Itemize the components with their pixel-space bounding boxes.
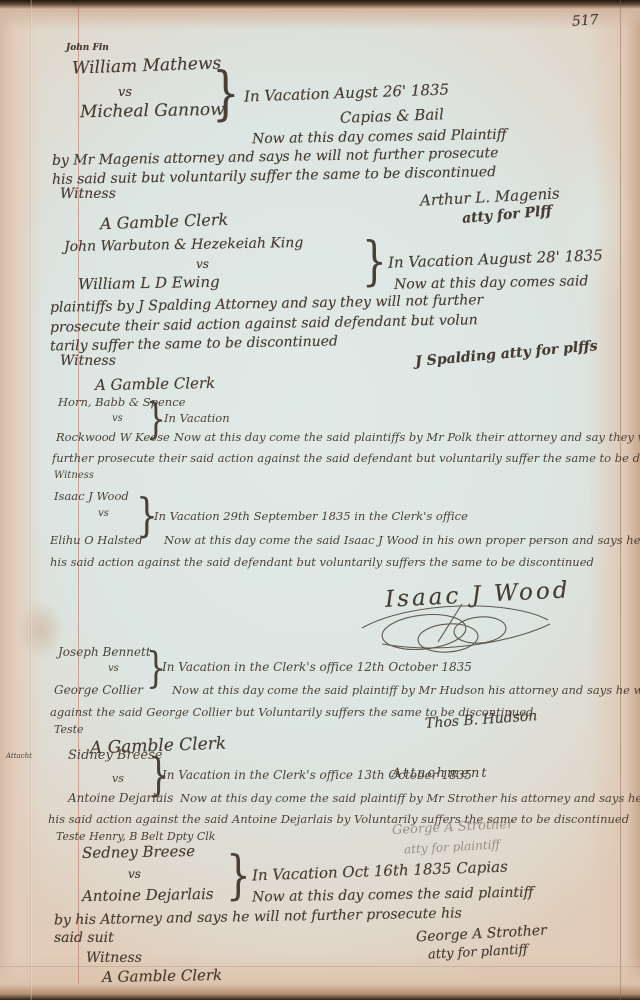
entry2-body-line1: Now at this day comes said (394, 274, 589, 292)
entry3-versus: vs (112, 414, 123, 425)
entry3-witness: Witness (54, 471, 94, 482)
entry7-defendant: Antoine Dejarlais (82, 887, 214, 905)
entry1-defendant: Micheal Gannow (80, 102, 225, 122)
entry1-caption-brace: } (212, 64, 240, 122)
entry4-body-line1: Now at this day come the said Isaac J Wo… (164, 534, 640, 546)
entry6-body-line2: his said action against the said Antoine… (48, 813, 629, 825)
entry1-writ: Capias & Bail (340, 107, 444, 126)
entry3-date-line: In Vacation (164, 412, 230, 424)
right-page-edge (620, 0, 621, 1000)
entry3-defendant: Rockwood W Keese (56, 431, 170, 443)
entry7-clerk-signature: A Gamble Clerk (102, 968, 222, 986)
entry3-body-line1: Now at this day come the said plaintiffs… (174, 431, 640, 443)
bottom-crease (0, 966, 640, 967)
entry2-caption-brace: } (362, 236, 387, 288)
entry4-versus: vs (98, 509, 109, 520)
entry1-versus: vs (118, 86, 132, 100)
entry4-plaintiff: Isaac J Wood (54, 490, 129, 502)
entry5-date-line: In Vacation in the Clerk's office 12th O… (162, 661, 472, 674)
entry2-versus: vs (196, 258, 209, 271)
entry3-plaintiff: Horn, Babb & Spence (58, 396, 185, 408)
entry3-body-line2: further prosecute their said action agai… (52, 452, 640, 464)
entry5-defendant: George Collier (54, 684, 143, 697)
entry2-witness: Witness (60, 354, 116, 369)
scanned-court-record-page: { "page": { "number": "517", "top_margin… (0, 0, 640, 1000)
entry7-caption-brace: } (226, 850, 251, 902)
entry1-witness: Witness (60, 187, 116, 202)
entry5-versus: vs (108, 664, 119, 675)
left-fold-crease (30, 0, 32, 1000)
entry7-versus: vs (128, 868, 141, 881)
entry5-teste: Teste (54, 724, 84, 736)
entry7-body-line3: said suit (54, 931, 114, 946)
entry6-versus: vs (112, 773, 124, 785)
entry6-defendant: Antoine Dejarlais (68, 792, 173, 805)
entry4-date-line: In Vacation 29th September 1835 in the C… (154, 510, 468, 522)
entry2-clerk-signature: A Gamble Clerk (95, 376, 215, 394)
entry5-body-line1: Now at this day come the said plaintiff … (172, 684, 640, 696)
entry7-plaintiff: Sedney Breese (82, 844, 195, 862)
entry6-teste: Teste Henry, B Belt Dpty Clk (56, 831, 215, 843)
attachment-margin-note: Attacht (6, 753, 32, 760)
entry4-body-line2: his said action against the said defenda… (50, 556, 594, 568)
signature-flourish (352, 598, 552, 660)
entry4-defendant: Elihu O Halsted (50, 534, 143, 546)
entry5-plaintiff: Joseph Bennett (58, 646, 151, 659)
entry2-defendant: William L D Ewing (78, 275, 220, 293)
entry6-writ: Attachment (392, 767, 489, 781)
entry6-body-line1: Now at this day come the said plaintiff … (180, 792, 640, 804)
top-margin-note: John Fin (66, 44, 109, 53)
entry7-witness: Witness (86, 951, 142, 966)
page-number: 517 (572, 13, 600, 30)
